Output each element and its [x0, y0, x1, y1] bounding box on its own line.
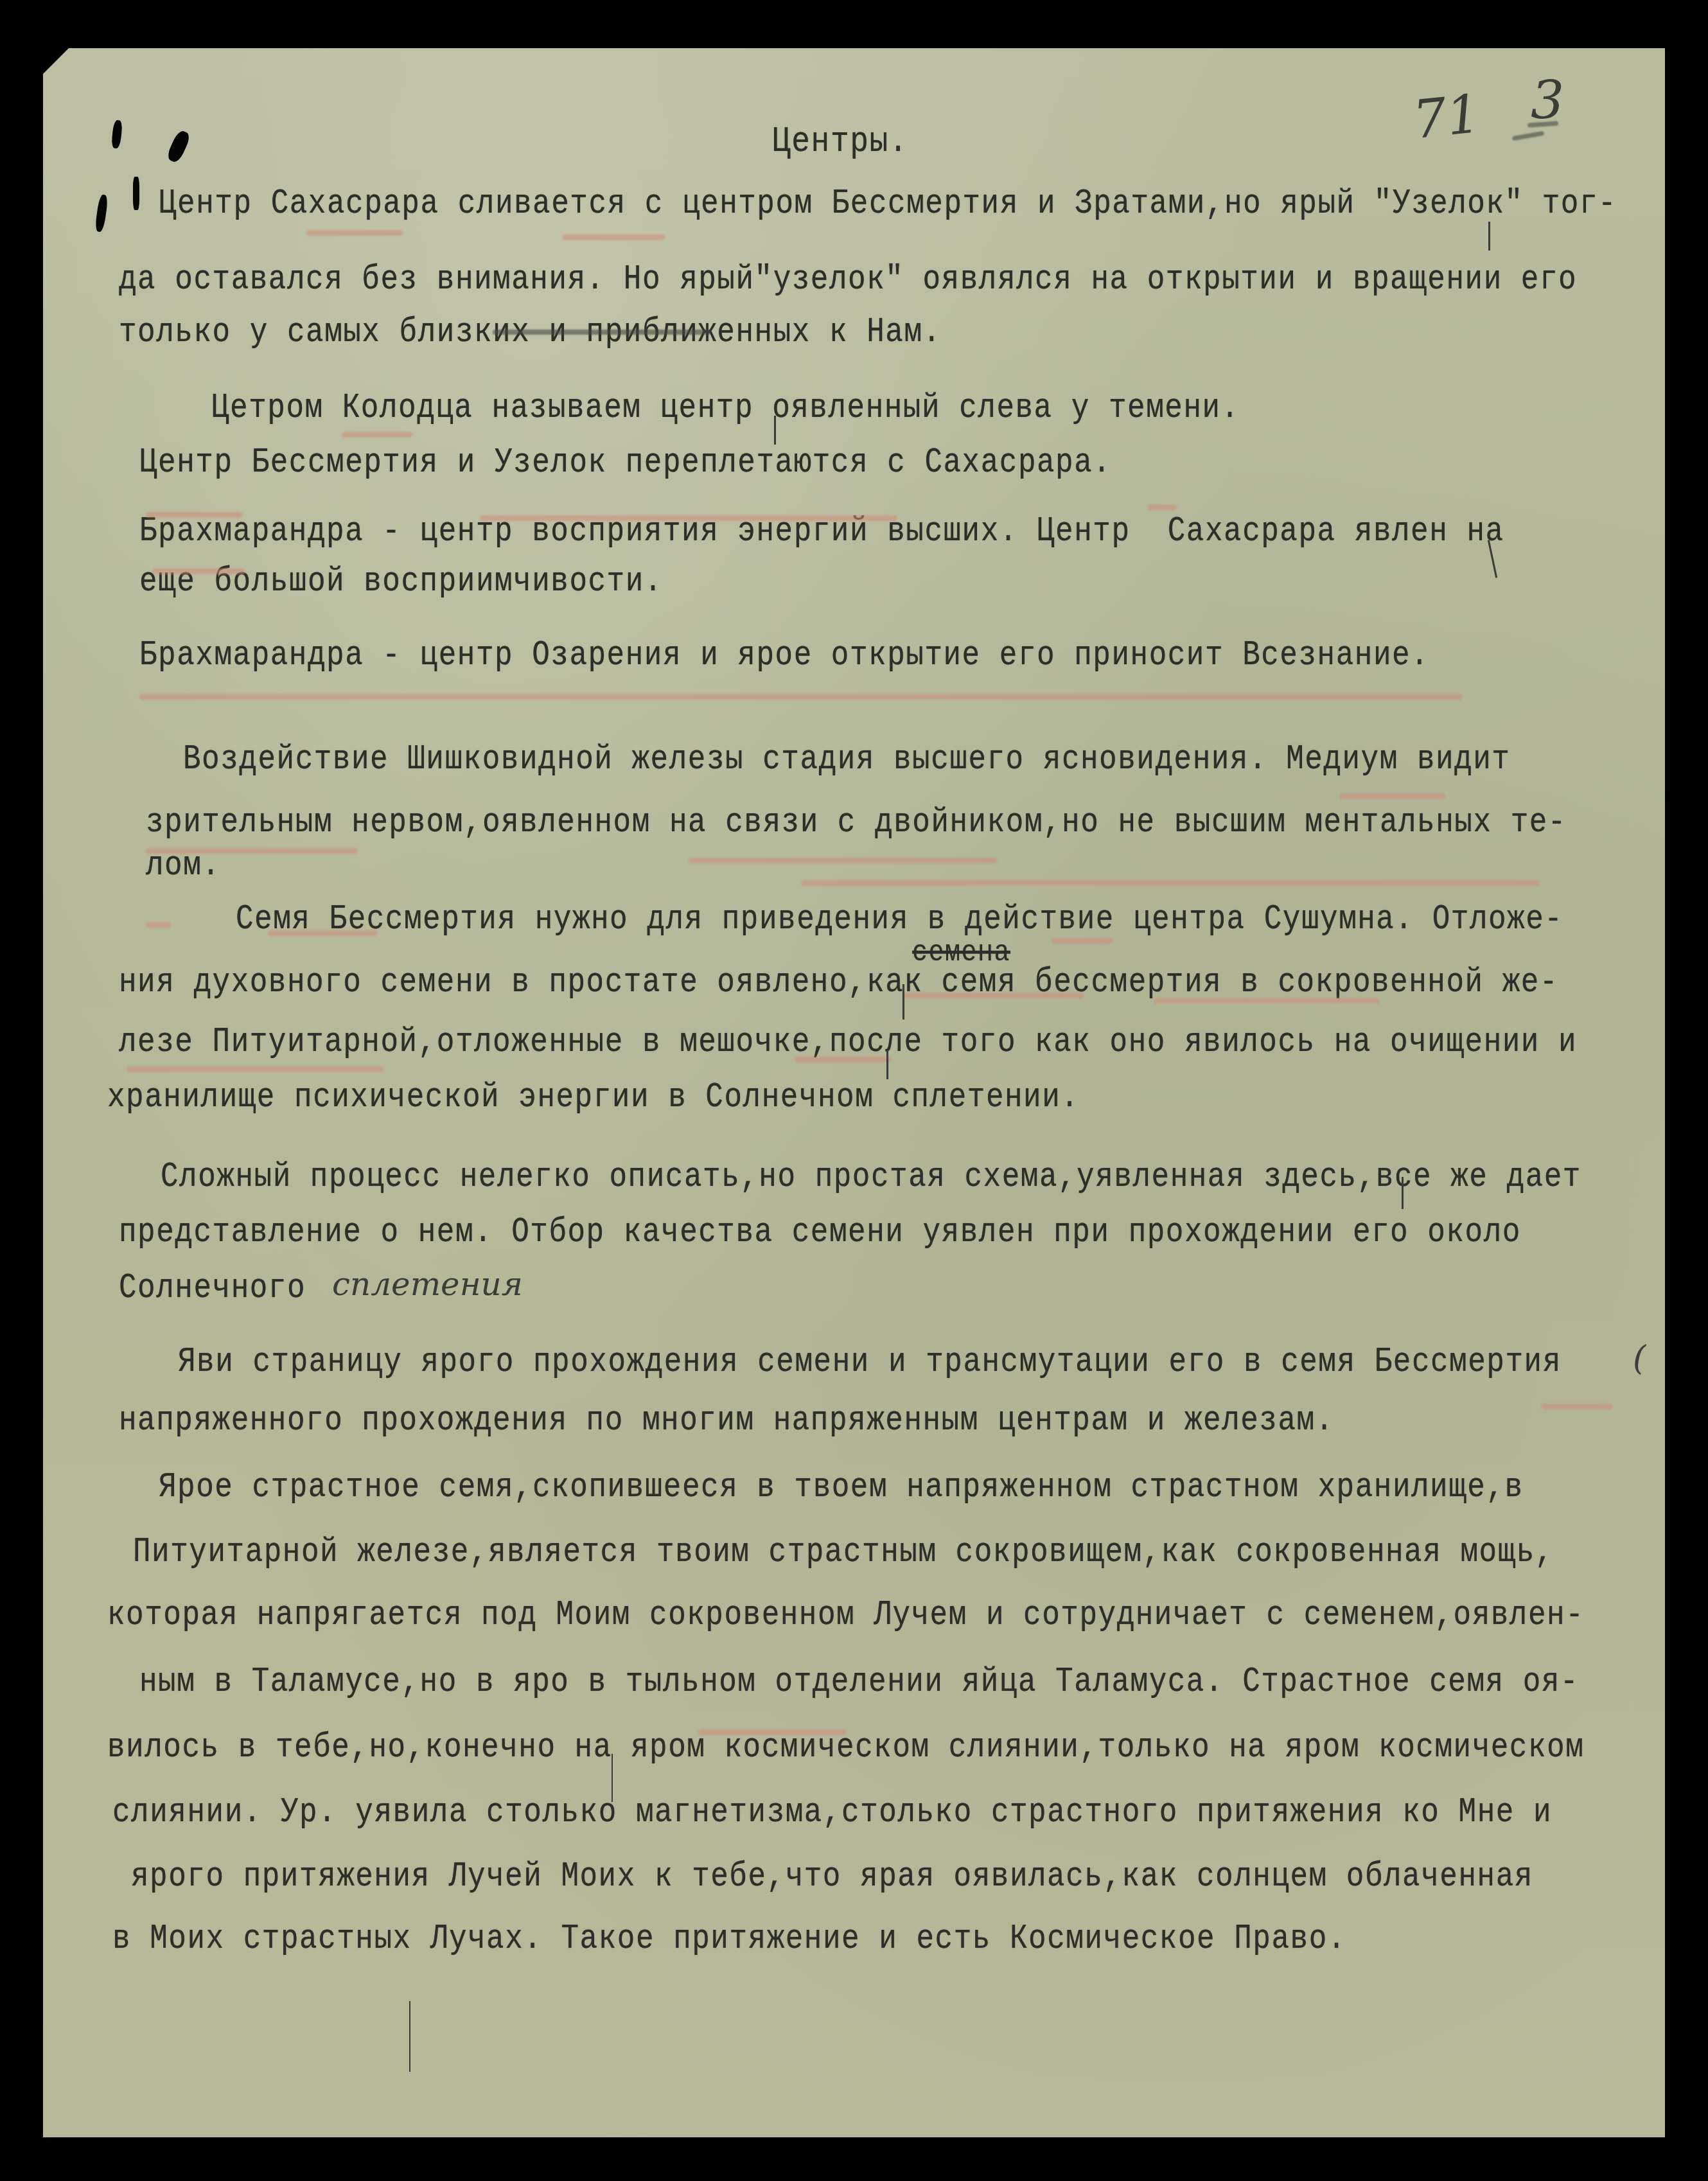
text-line: ярого притяжения Лучей Моих к тебе,что я… [131, 1857, 1533, 1896]
archive-number: 71 [1410, 84, 1483, 151]
red-underline [698, 1729, 846, 1735]
red-underline [152, 569, 245, 574]
red-underline [146, 512, 242, 518]
red-underline [795, 1057, 891, 1063]
red-underline [1542, 1404, 1612, 1409]
red-underline [904, 993, 1084, 998]
red-underline [689, 858, 997, 863]
punch-hole [165, 129, 191, 164]
pencil-tick [1488, 222, 1490, 251]
red-underline [1154, 998, 1379, 1003]
red-underline [562, 234, 665, 240]
text-line: Воздействие Шишковидной железы стадия вы… [183, 740, 1510, 779]
margin-mark: ( [1633, 1339, 1646, 1378]
text-line: да оставался без внимания. Но ярый"узело… [119, 260, 1577, 299]
text-line: зрительным нервом,оявленном на связи с д… [146, 803, 1567, 842]
red-underline [146, 922, 172, 928]
text-line: Сложный процесс нелегко описать,но прост… [161, 1158, 1581, 1196]
red-underline [801, 880, 1540, 886]
text-line: Семя Бессмертия нужно для приведения в д… [236, 900, 1563, 939]
pencil-tick [612, 1754, 613, 1802]
text-line: Центр Бессмертия и Узелок переплетаются … [139, 443, 1111, 482]
pencil-tick [409, 2001, 410, 2072]
text-line: которая напрягается под Моим сокровенном… [107, 1596, 1584, 1634]
text-line: Ярое страстное семя,скопившееся в твоем … [159, 1468, 1524, 1506]
text-line: представление о нем. Отбор качества семе… [119, 1213, 1521, 1251]
text-line: Брахмарандра - центр Озарения и ярое отк… [139, 636, 1429, 675]
pencil-tick [886, 1050, 888, 1079]
text-line: хранилище психической энергии в Солнечно… [107, 1078, 1079, 1117]
pencil-underline [493, 330, 711, 335]
pencil-tick [774, 416, 776, 445]
pencil-tick [902, 984, 904, 1020]
text-line: напряженного прохождения по многим напря… [119, 1401, 1334, 1440]
margin-pencil-mark [133, 177, 139, 210]
page-title: Центры. [772, 122, 908, 162]
pencil-tick [1402, 1177, 1404, 1209]
text-line: в Моих страстных Лучах. Такое притяжение… [112, 1920, 1346, 1958]
punch-hole [94, 194, 109, 232]
page-number-underline [1512, 131, 1544, 141]
text-line: Питуитарной железе,является твоим страст… [133, 1533, 1554, 1571]
text-line: слиянии. Ур. уявила столько магнетизма,с… [112, 1793, 1552, 1832]
document-page: 71 3 Центры. Центр Сахасрара сливается с… [43, 48, 1665, 2137]
punch-hole [111, 119, 123, 148]
red-underline [342, 432, 412, 437]
red-underline [139, 694, 1463, 700]
text-line: еще большой восприимчивости. [139, 562, 663, 601]
text-line: вилось в тебе,но,конечно на яром космиче… [107, 1728, 1584, 1767]
text-line: Солнечного [119, 1269, 306, 1307]
text-line: Центр Сахасрара сливается с центром Бесс… [159, 184, 1617, 223]
text-line: Яви страницу ярого прохождения семени и … [178, 1343, 1562, 1381]
red-underline [146, 848, 358, 854]
red-underline [268, 930, 377, 936]
struck-word: семена [912, 937, 1010, 970]
red-underline [1339, 793, 1445, 799]
text-line: ным в Таламусе,но в яро в тыльном отделе… [139, 1663, 1579, 1701]
red-underline [1148, 504, 1177, 510]
text-line: ния духовного семени в простате оявлено,… [119, 963, 1558, 1002]
text-line: Цетром Колодца называем центр оявленный … [211, 389, 1240, 427]
handwritten-correction: сплетения [332, 1266, 523, 1303]
red-underline [1052, 938, 1113, 944]
red-underline [480, 515, 897, 521]
text-line: лезе Питуитарной,отложенные в мешочке,по… [119, 1023, 1577, 1061]
red-underline [127, 1066, 383, 1072]
red-underline [306, 230, 403, 236]
